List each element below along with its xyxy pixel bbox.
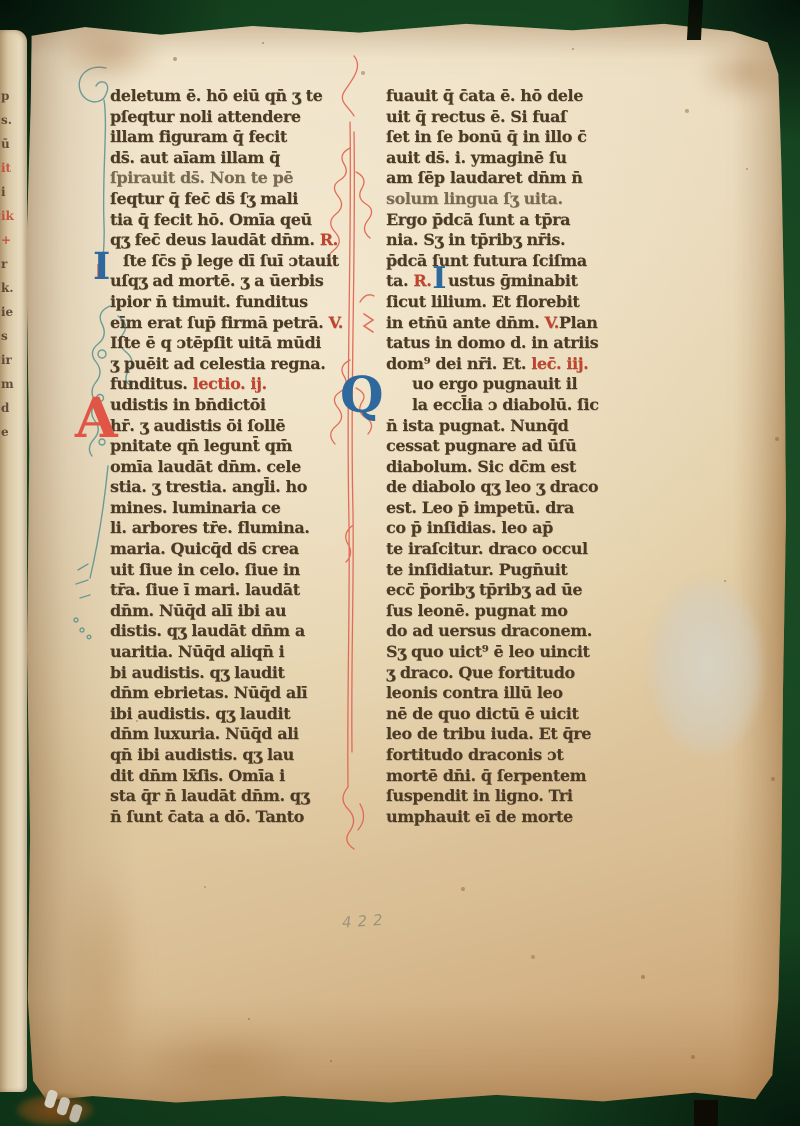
text-line: deletum ē. hō eiū qn̄ ʒ te xyxy=(110,86,350,107)
rubric-text: R. xyxy=(320,230,338,249)
text-line: auit ds̄. i. ymaginē ſu xyxy=(386,148,626,169)
text-line: qn̄ ibi audistis. qʒ lau xyxy=(110,745,350,766)
text-line: dn̄m ebrietas. Nūq̄d alī xyxy=(110,683,350,704)
body-text: uo ergo pugnauit il xyxy=(412,374,577,393)
text-line: uit ſiue in celo. ſiue in xyxy=(110,560,350,581)
margin-fragment: s. xyxy=(1,114,12,126)
body-text: leo de tribu iuda. Et q̄re xyxy=(386,724,591,743)
text-line: leonis contra illū leo xyxy=(386,683,626,704)
body-text: uit ſiue in celo. ſiue in xyxy=(110,560,300,579)
body-text: ipior n̄ timuit. funditus xyxy=(110,292,308,311)
previous-page-edge: ps.ūitiik+rk.iesirmde xyxy=(0,30,27,1092)
body-text: ustus ḡminabit xyxy=(448,271,578,290)
text-line: dit dn̄m lx̄ſis. Omīa i xyxy=(110,766,350,787)
body-text: tatus in domo d. in atriis xyxy=(386,333,598,352)
margin-fragment: e xyxy=(1,426,9,438)
body-text: ſte ſc̄s p̄ lege dī ſuī ɔtauit xyxy=(123,251,339,270)
body-text: ſeqtur q̄ fec̄ ds̄ ſʒ mali xyxy=(110,189,298,208)
text-line: la eccl̄ia ɔ diabolū. ſic xyxy=(386,395,626,416)
body-text: am ſēp laudaret dn̄m n̄ xyxy=(386,168,582,187)
body-text: sta q̄r n̄ laudāt dn̄m. qʒ xyxy=(110,786,309,805)
body-text: nē de quo dictū ē uicit xyxy=(386,704,578,723)
body-text: cessat pugnare ad ūſū xyxy=(386,436,576,455)
margin-fragment: ū xyxy=(1,138,10,150)
margin-fragment: s xyxy=(1,330,8,342)
margin-fragment: p xyxy=(1,90,9,102)
body-text: dn̄m luxuria. Nūq̄d ali xyxy=(110,724,299,743)
stain-top-right xyxy=(696,40,796,104)
inline-blue-initial: I xyxy=(432,270,446,288)
margin-fragment: it xyxy=(1,162,11,174)
text-line: dn̄m luxuria. Nūq̄d ali xyxy=(110,724,350,745)
text-line: leo de tribu iuda. Et q̄re xyxy=(386,724,626,745)
body-text: stia. ʒ trestia. angl̄i. ho xyxy=(110,477,307,496)
body-text: la eccl̄ia ɔ diabolū. ſic xyxy=(412,395,599,414)
body-text: Ergo p̄dcā ſunt a tp̄ra xyxy=(386,210,570,229)
body-text: co p̄ inſidias. leo ap̄ xyxy=(386,518,553,537)
text-line: nia. Sʒ in tp̄ribʒ nr̄is. xyxy=(386,230,626,251)
text-line: te inſidiatur. Pugn̄uit xyxy=(386,560,626,581)
text-line: ta. R.Iustus ḡminabit xyxy=(386,271,626,292)
text-line: distis. qʒ laudāt dn̄m a xyxy=(110,621,350,642)
margin-fragment: ik xyxy=(1,210,14,222)
text-line: ſuspendit in ligno. Tri xyxy=(386,786,626,807)
body-text: dit dn̄m lx̄ſis. Omīa i xyxy=(110,766,285,785)
body-text: udistis in bn̄dictōi xyxy=(110,395,266,414)
illuminated-initial-I: I xyxy=(93,248,110,285)
text-line: stia. ʒ trestia. angl̄i. ho xyxy=(110,477,350,498)
text-line: uaritia. Nūq̄d aliqn̄ i xyxy=(110,642,350,663)
text-line: fortitudo draconis ɔt xyxy=(386,745,626,766)
body-text: qn̄ ibi audistis. qʒ lau xyxy=(110,745,294,764)
text-line: ipior n̄ timuit. funditus xyxy=(110,292,350,313)
bookmark-ribbon-bottom xyxy=(694,1100,718,1126)
text-line: n̄ ſunt c̄ata a dō. Tanto xyxy=(110,807,350,828)
text-line: pnitate qn̄ legunt̄ qm̄ xyxy=(110,436,350,457)
text-line: sta q̄r n̄ laudāt dn̄m. qʒ xyxy=(110,786,350,807)
text-line: do ad uersus draconem. xyxy=(386,621,626,642)
margin-fragment: + xyxy=(1,234,11,246)
stain-gutter xyxy=(54,866,144,1096)
stain-right-edge xyxy=(760,224,800,944)
bookmark-ribbon-top xyxy=(687,0,703,40)
body-text: te inſidiatur. Pugn̄uit xyxy=(386,560,567,579)
text-line: dn̄m. Nūq̄d alī ibi au xyxy=(110,601,350,622)
body-text: mortē dn̄i. q̄ ſerpentem xyxy=(386,766,586,785)
body-text: nia. Sʒ in tp̄ribʒ nr̄is. xyxy=(386,230,565,249)
text-line: ds̄. aut aīam illam q̄ xyxy=(110,148,350,169)
text-line: n̄ ista pugnat. Nunq̄d xyxy=(386,416,626,437)
body-text: solum lingua ſʒ uita. xyxy=(386,189,563,208)
text-line: est. Leo p̄ impetū. dra xyxy=(386,498,626,519)
body-text: fuauit q̄ c̄ata ē. hō dele xyxy=(386,86,583,105)
text-line: uſqʒ ad mortē. ʒ a ūerbis xyxy=(110,271,350,292)
body-text: eīm erat ſup̄ firmā petrā. xyxy=(110,313,329,332)
manuscript-page: deletum ē. hō eiū qn̄ ʒ tepſeqtur noli a… xyxy=(24,14,786,1108)
body-text: ſus leonē. pugnat mo xyxy=(386,601,568,620)
body-text: illam figuram q̄ fecit xyxy=(110,127,287,146)
text-line: cessat pugnare ad ūſū xyxy=(386,436,626,457)
body-text: n̄ ſunt c̄ata a dō. Tanto xyxy=(110,807,304,826)
text-line: diabolum. Sic dc̄m est xyxy=(386,457,626,478)
text-line: ecc̄ p̄oribʒ tp̄ribʒ ad ūe xyxy=(386,580,626,601)
body-text: ʒ puēit ad celestia regna. xyxy=(110,354,325,373)
text-line: li. arbores tr̄e. flumina. xyxy=(110,518,350,539)
text-line: ſus leonē. pugnat mo xyxy=(386,601,626,622)
body-text: Plan xyxy=(559,313,598,332)
body-text: ecc̄ p̄oribʒ tp̄ribʒ ad ūe xyxy=(386,580,582,599)
body-text: ſuspendit in ligno. Tri xyxy=(386,786,573,805)
rubric-text: V. xyxy=(545,313,559,332)
body-text: uſqʒ ad mortē. ʒ a ūerbis xyxy=(110,271,323,290)
margin-fragment: d xyxy=(1,402,9,414)
body-text: ſpirauit ds̄. Non te pē xyxy=(110,168,293,187)
right-text-column: fuauit q̄ c̄ata ē. hō deleuit q̄ rectus … xyxy=(386,86,626,827)
margin-fragment: i xyxy=(1,186,6,198)
text-line: am ſēp laudaret dn̄m n̄ xyxy=(386,168,626,189)
body-text: uaritia. Nūq̄d aliqn̄ i xyxy=(110,642,284,661)
text-line: de diabolo qʒ leo ʒ draco xyxy=(386,477,626,498)
text-line: Ergo p̄dcā ſunt a tp̄ra xyxy=(386,210,626,231)
text-line: p̄dcā ſunt futura ſciſma xyxy=(386,251,626,272)
body-text: ds̄. aut aīam illam q̄ xyxy=(110,148,280,167)
text-line: maria. Quicq̄d ds̄ crea xyxy=(110,539,350,560)
text-line: ſpirauit ds̄. Non te pē xyxy=(110,168,350,189)
body-text: maria. Quicq̄d ds̄ crea xyxy=(110,539,299,558)
body-text: Sʒ quo uict⁹ ē leo uincit xyxy=(386,642,590,661)
text-line: ibi audistis. qʒ laudit xyxy=(110,704,350,725)
text-line: qʒ fec̄ deus laudāt dn̄m. R. xyxy=(110,230,350,251)
body-text: ta. xyxy=(386,271,413,290)
body-text: te iraſcitur. draco occul xyxy=(386,539,588,558)
body-text: deletum ē. hō eiū qn̄ ʒ te xyxy=(110,86,322,105)
body-text: ſicut lilium. Et florebit xyxy=(386,292,579,311)
margin-fragment: ie xyxy=(1,306,13,318)
text-line: dom⁹ dei nr̄i. Et. lec̄. iij. xyxy=(386,354,626,375)
text-line: co p̄ inſidias. leo ap̄ xyxy=(386,518,626,539)
body-text: ſet in ſe bonū q̄ in illo c̄ xyxy=(386,127,587,146)
text-line: hr̄. ʒ audistis ōi ſollē xyxy=(110,416,350,437)
rubric-text: R. xyxy=(413,271,431,290)
text-line: tia q̄ fecit hō. Omīa qeū xyxy=(110,210,350,231)
text-line: nē de quo dictū ē uicit xyxy=(386,704,626,725)
text-line: pſeqtur noli attendere xyxy=(110,107,350,128)
body-text: hr̄. ʒ audistis ōi ſollē xyxy=(110,416,285,435)
body-text: bi audistis. qʒ laudit xyxy=(110,663,285,682)
text-line: umphauit eī de morte xyxy=(386,807,626,828)
body-text: omīa laudāt dn̄m. cele xyxy=(110,457,301,476)
text-line: udistis in bn̄dictōi xyxy=(110,395,350,416)
body-text: ʒ draco. Que fortitudo xyxy=(386,663,575,682)
body-text: p̄dcā ſunt futura ſciſma xyxy=(386,251,587,270)
body-text: distis. qʒ laudāt dn̄m a xyxy=(110,621,305,640)
body-text: mines. luminaria ce xyxy=(110,498,280,517)
text-line: omīa laudāt dn̄m. cele xyxy=(110,457,350,478)
left-text-column: deletum ē. hō eiū qn̄ ʒ tepſeqtur noli a… xyxy=(110,86,350,827)
rubric-text: V. xyxy=(329,313,343,332)
body-text: funditus. xyxy=(110,374,193,393)
body-text: de diabolo qʒ leo ʒ draco xyxy=(386,477,598,496)
text-line: mines. luminaria ce xyxy=(110,498,350,519)
margin-fragment: ir xyxy=(1,354,12,366)
body-text: dn̄m. Nūq̄d alī ibi au xyxy=(110,601,286,620)
body-text: auit ds̄. i. ymaginē ſu xyxy=(386,148,567,167)
text-line: uit q̄ rectus ē. Si fuaſ xyxy=(386,107,626,128)
margin-fragment: k. xyxy=(1,282,14,294)
body-text: in etn̄ū ante dn̄m. xyxy=(386,313,545,332)
body-text: leonis contra illū leo xyxy=(386,683,563,702)
illuminated-initial-Q: Q xyxy=(340,371,383,419)
body-text: tr̄a. ſiue ī mari. laudāt xyxy=(110,580,300,599)
body-text: Iſte ē q ɔtēpſit uitā mūdi xyxy=(110,333,321,352)
body-text: dn̄m ebrietas. Nūq̄d alī xyxy=(110,683,307,702)
body-text: qʒ fec̄ deus laudāt dn̄m. xyxy=(110,230,320,249)
text-line: uo ergo pugnauit il xyxy=(386,374,626,395)
text-line: solum lingua ſʒ uita. xyxy=(386,189,626,210)
body-text: pnitate qn̄ legunt̄ qm̄ xyxy=(110,436,292,455)
text-line: ʒ draco. Que fortitudo xyxy=(386,663,626,684)
pencil-folio-number: 422 xyxy=(341,910,389,931)
text-line: ſeqtur q̄ fec̄ ds̄ ſʒ mali xyxy=(110,189,350,210)
text-line: ʒ puēit ad celestia regna. xyxy=(110,354,350,375)
body-text: li. arbores tr̄e. flumina. xyxy=(110,518,309,537)
text-line: tr̄a. ſiue ī mari. laudāt xyxy=(110,580,350,601)
body-text: fortitudo draconis ɔt xyxy=(386,745,563,764)
stain-top-left xyxy=(54,22,164,84)
body-text: est. Leo p̄ impetū. dra xyxy=(386,498,574,517)
body-text: umphauit eī de morte xyxy=(386,807,573,826)
margin-fragment: r xyxy=(1,258,7,270)
text-line: illam figuram q̄ fecit xyxy=(110,127,350,148)
text-line: ſicut lilium. Et florebit xyxy=(386,292,626,313)
stain-bottom xyxy=(134,1030,314,1096)
photo-backdrop: { "page_context": { "folio_number_pencil… xyxy=(0,0,800,1126)
text-line: fuauit q̄ c̄ata ē. hō dele xyxy=(386,86,626,107)
text-line: in etn̄ū ante dn̄m. V.Plan xyxy=(386,313,626,334)
text-line: ſte ſc̄s p̄ lege dī ſuī ɔtauit xyxy=(110,251,350,272)
body-text: n̄ ista pugnat. Nunq̄d xyxy=(386,416,568,435)
body-text: dom⁹ dei nr̄i. Et. xyxy=(386,354,531,373)
body-text: ibi audistis. qʒ laudit xyxy=(110,704,290,723)
rubric-text: lec̄. iij. xyxy=(531,354,588,373)
rubric-text: lectio. ij. xyxy=(193,374,267,393)
body-text: tia q̄ fecit hō. Omīa qeū xyxy=(110,210,312,229)
text-line: mortē dn̄i. q̄ ſerpentem xyxy=(386,766,626,787)
illuminated-initial-A: A xyxy=(75,392,117,444)
text-line: Iſte ē q ɔtēpſit uitā mūdi xyxy=(110,333,350,354)
text-line: te iraſcitur. draco occul xyxy=(386,539,626,560)
text-line: Sʒ quo uict⁹ ē leo uincit xyxy=(386,642,626,663)
text-line: ſet in ſe bonū q̄ in illo c̄ xyxy=(386,127,626,148)
text-line: eīm erat ſup̄ firmā petrā. V. xyxy=(110,313,350,334)
text-line: bi audistis. qʒ laudit xyxy=(110,663,350,684)
margin-fragment: m xyxy=(1,378,14,390)
body-text: pſeqtur noli attendere xyxy=(110,107,301,126)
body-text: do ad uersus draconem. xyxy=(386,621,592,640)
body-text: diabolum. Sic dc̄m est xyxy=(386,457,576,476)
text-line: tatus in domo d. in atriis xyxy=(386,333,626,354)
text-line: funditus. lectio. ij. xyxy=(110,374,350,395)
parchment-freckles xyxy=(24,14,26,16)
body-text: uit q̄ rectus ē. Si fuaſ xyxy=(386,107,566,126)
stain-pale-spot xyxy=(648,576,766,758)
